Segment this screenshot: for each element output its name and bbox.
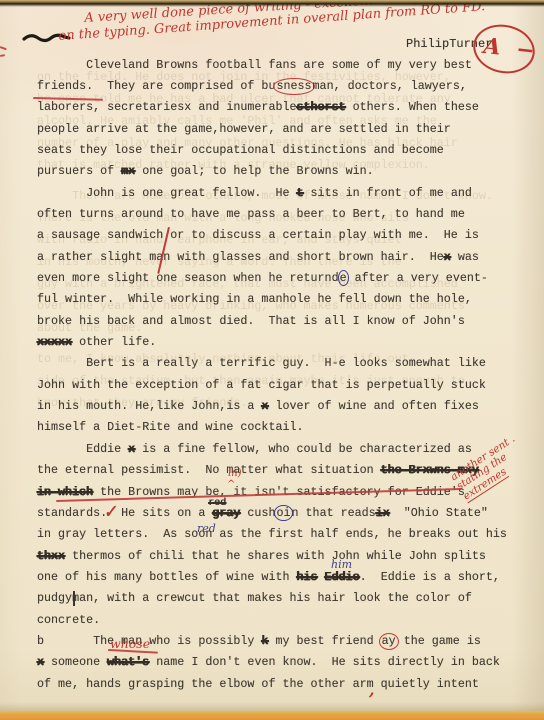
edge-tick-1 xyxy=(0,46,7,50)
friends-underline xyxy=(33,97,103,101)
graded-essay-photo: on the field. He does not join in the fe… xyxy=(0,0,544,720)
inserted-comma: , xyxy=(369,680,375,699)
photo-bottom-edge xyxy=(0,711,544,720)
whose-word: whose xyxy=(110,636,150,651)
him-word: him xyxy=(331,558,352,571)
annotation-layer: PhilipTurnerA very well done piece of wr… xyxy=(0,0,544,720)
margin-note: another sent .stating theextremes xyxy=(449,434,530,504)
sandwich-or-slash xyxy=(157,227,170,274)
check-mark: ✓ xyxy=(102,501,118,522)
photo-top-edge xyxy=(0,0,544,7)
paper-bottom-shadow xyxy=(0,702,544,711)
browns-sentence-line xyxy=(56,488,462,502)
edge-tick-2 xyxy=(0,54,5,57)
blue-red-word: red xyxy=(197,522,216,535)
insert-in: in) xyxy=(228,468,242,479)
typed-red-struck: red xyxy=(208,498,226,509)
insert-caret: ^ xyxy=(227,479,235,490)
pudgy-man-bar xyxy=(73,591,75,606)
